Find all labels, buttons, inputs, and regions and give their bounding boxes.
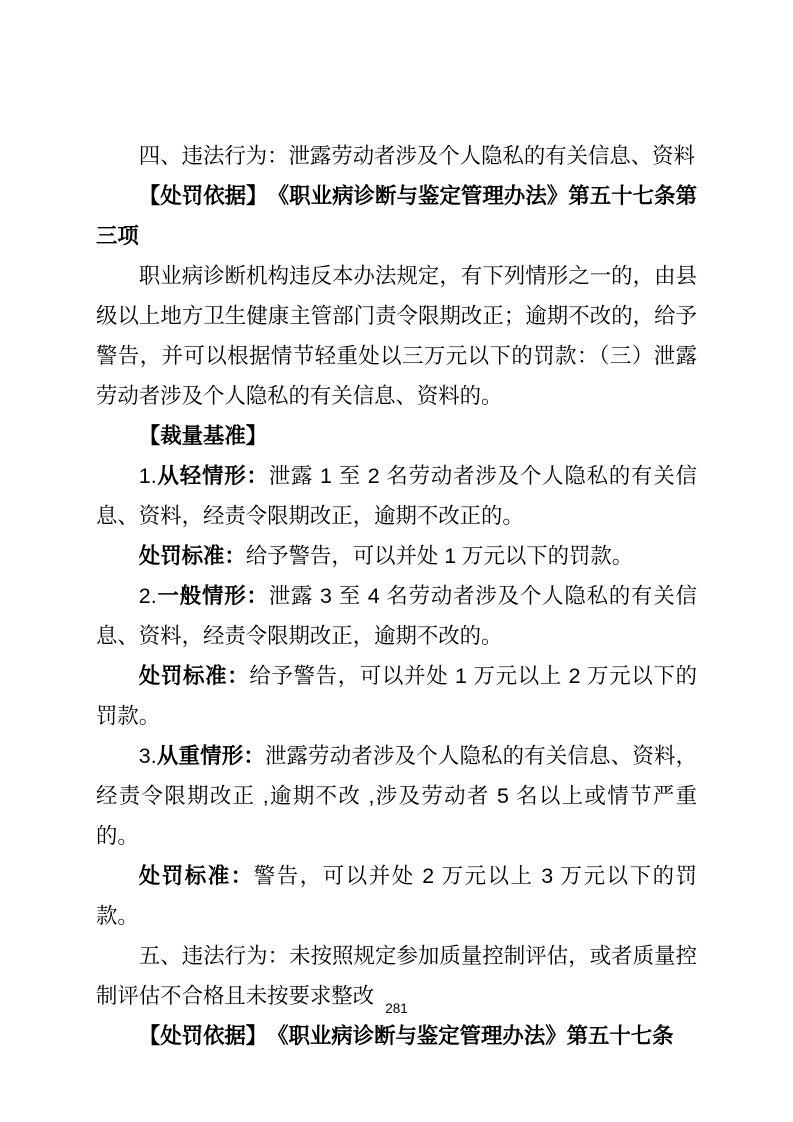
text-run: 从重情形： [157,744,265,768]
text-run: 从轻情形： [157,464,269,488]
text-run: 2. [139,584,157,608]
text-run: 【处罚依据】 《职业病诊断与鉴定管理办法》第五十七条 [139,1024,674,1048]
paragraph-12: 【处罚依据】 《职业病诊断与鉴定管理办法》第五十七条 [96,1016,697,1056]
text-run: 处罚标准： [139,544,246,568]
text-run: 职业病诊断机构违反本办法规定，有下列情形之一的，由县级以上地方卫生健康主管部门责… [96,264,697,408]
text-run: 1. [139,464,157,488]
paragraph-1: 四、违法行为：泄露劳动者涉及个人隐私的有关信息、资料 [96,136,697,176]
document-page: 四、违法行为：泄露劳动者涉及个人隐私的有关信息、资料【处罚依据】 《职业病诊断与… [0,0,793,1122]
text-run: 一般情形： [157,584,269,608]
text-run: 【处罚依据】 《职业病诊断与鉴定管理办法》第五十七条第三项 [96,184,697,248]
text-run: 3. [139,744,157,768]
page-footer: 281 [0,1000,793,1018]
paragraph-10: 处罚标准：警告，可以并处 2 万元以上 3 万元以下的罚款。 [96,856,697,936]
paragraph-9: 3.从重情形：泄露劳动者涉及个人隐私的有关信息、资料，经责令限期改正 ,逾期不改… [96,736,697,856]
page-number: 281 [385,1001,408,1016]
paragraph-2: 【处罚依据】 《职业病诊断与鉴定管理办法》第五十七条第三项 [96,176,697,256]
text-run: 四、违法行为：泄露劳动者涉及个人隐私的有关信息、资料 [139,144,695,168]
paragraph-5: 1.从轻情形：泄露 1 至 2 名劳动者涉及个人隐私的有关信息、资料，经责令限期… [96,456,697,536]
document-body: 四、违法行为：泄露劳动者涉及个人隐私的有关信息、资料【处罚依据】 《职业病诊断与… [96,136,697,1056]
paragraph-6: 处罚标准：给予警告，可以并处 1 万元以下的罚款。 [96,536,697,576]
text-run: 处罚标准： [139,664,250,688]
text-run: 五、违法行为：未按照规定参加质量控制评估，或者质量控制评估不合格且未按要求整改 [96,944,697,1008]
text-run: 给予警告，可以并处 1 万元以下的罚款。 [246,544,633,568]
paragraph-7: 2.一般情形：泄露 3 至 4 名劳动者涉及个人隐私的有关信息、资料，经责令限期… [96,576,697,656]
text-run: 【裁量基准】 [139,424,267,448]
paragraph-3: 职业病诊断机构违反本办法规定，有下列情形之一的，由县级以上地方卫生健康主管部门责… [96,256,697,416]
paragraph-4: 【裁量基准】 [96,416,697,456]
text-run: 处罚标准： [139,864,254,888]
paragraph-8: 处罚标准：给予警告，可以并处 1 万元以上 2 万元以下的罚款。 [96,656,697,736]
